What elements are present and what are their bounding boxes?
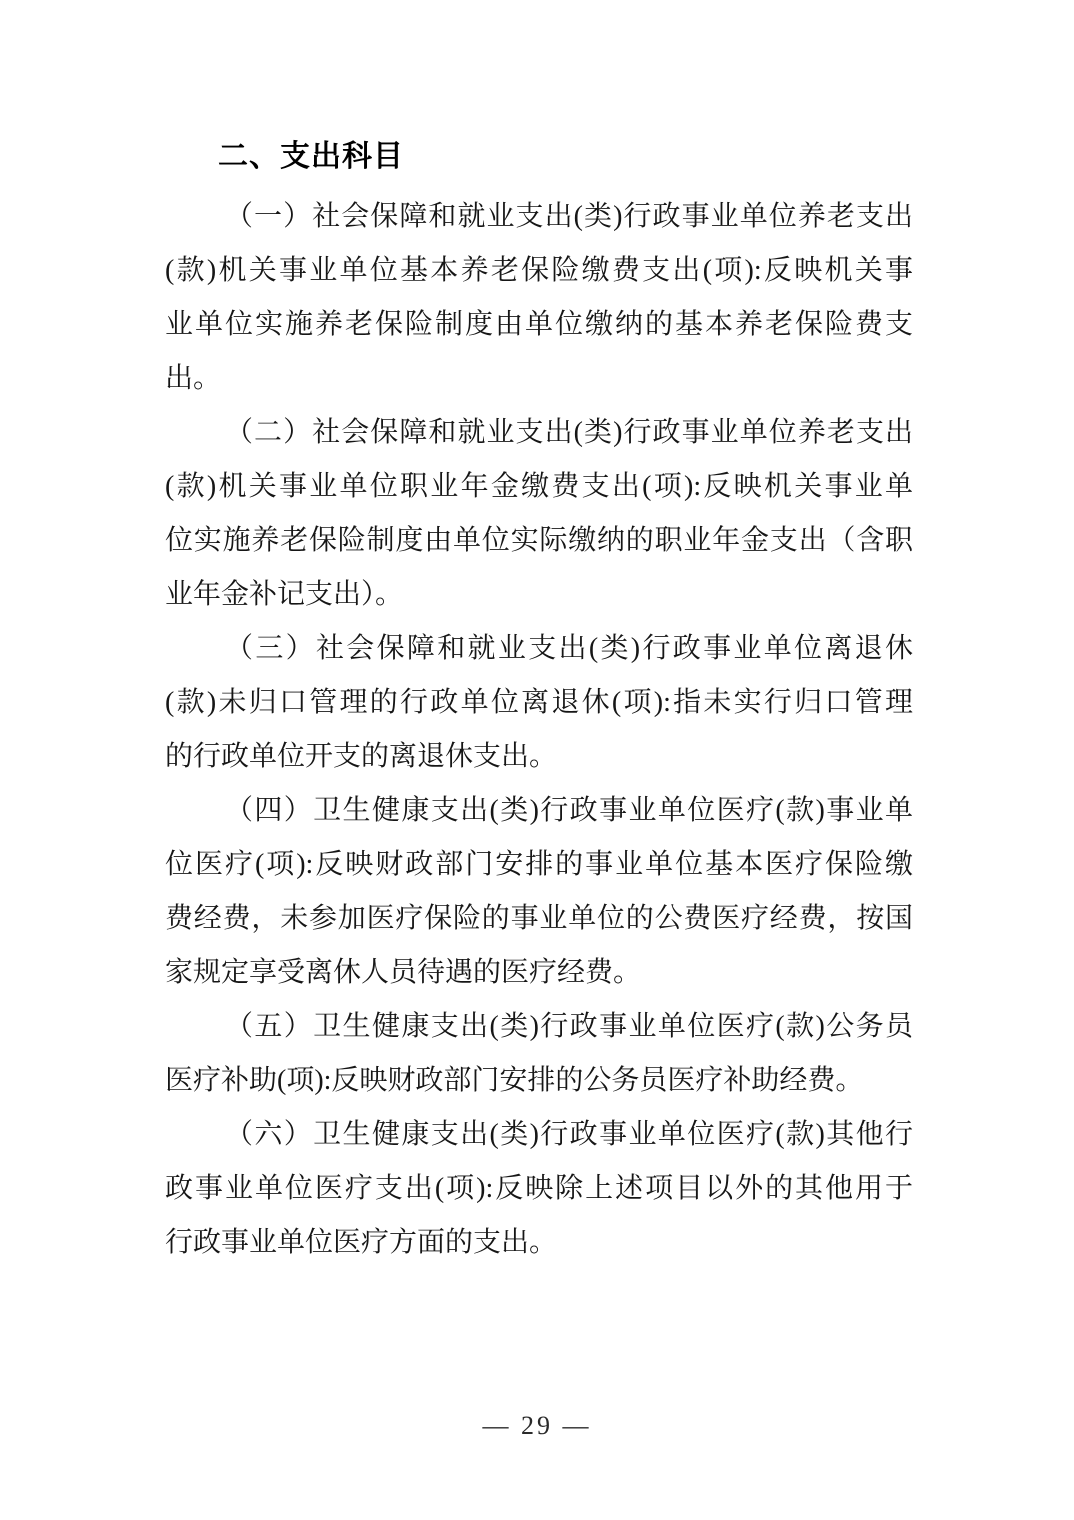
text-line: （一）社会保障和就业支出(类)行政事业单位养老支出 (165, 190, 913, 244)
text-line: （四）卫生健康支出(类)行政事业单位医疗(款)事业单 (165, 784, 913, 838)
text-line: 位医疗(项):反映财政部门安排的事业单位基本医疗保险缴 (165, 838, 913, 892)
page-number: — 29 — (0, 1406, 1074, 1446)
document-body: （一）社会保障和就业支出(类)行政事业单位养老支出 (款)机关事业单位基本养老保… (165, 190, 913, 1270)
paragraph-4: （四）卫生健康支出(类)行政事业单位医疗(款)事业单 位医疗(项):反映财政部门… (165, 784, 913, 1000)
document-page: 二、支出科目 （一）社会保障和就业支出(类)行政事业单位养老支出 (款)机关事业… (0, 0, 1074, 1520)
text-line: 家规定享受离休人员待遇的医疗经费。 (165, 946, 913, 1000)
text-line: （六）卫生健康支出(类)行政事业单位医疗(款)其他行 (165, 1108, 913, 1162)
text-line: 业单位实施养老保险制度由单位缴纳的基本养老保险费支 (165, 298, 913, 352)
text-line: （五）卫生健康支出(类)行政事业单位医疗(款)公务员 (165, 1000, 913, 1054)
text-line: （二）社会保障和就业支出(类)行政事业单位养老支出 (165, 406, 913, 460)
text-line: 政事业单位医疗支出(项):反映除上述项目以外的其他用于 (165, 1162, 913, 1216)
text-line: 业年金补记支出）。 (165, 568, 913, 622)
text-line: (款)未归口管理的行政单位离退休(项):指未实行归口管理 (165, 676, 913, 730)
text-line: 出。 (165, 352, 913, 406)
paragraph-2: （二）社会保障和就业支出(类)行政事业单位养老支出 (款)机关事业单位职业年金缴… (165, 406, 913, 622)
paragraph-5: （五）卫生健康支出(类)行政事业单位医疗(款)公务员 医疗补助(项):反映财政部… (165, 1000, 913, 1108)
text-line: (款)机关事业单位基本养老保险缴费支出(项):反映机关事 (165, 244, 913, 298)
text-line: 医疗补助(项):反映财政部门安排的公务员医疗补助经费。 (165, 1054, 913, 1108)
text-line: (款)机关事业单位职业年金缴费支出(项):反映机关事业单 (165, 460, 913, 514)
text-line: （三）社会保障和就业支出(类)行政事业单位离退休 (165, 622, 913, 676)
section-heading: 二、支出科目 (218, 138, 404, 176)
text-line: 行政事业单位医疗方面的支出。 (165, 1216, 913, 1270)
paragraph-1: （一）社会保障和就业支出(类)行政事业单位养老支出 (款)机关事业单位基本养老保… (165, 190, 913, 406)
paragraph-6: （六）卫生健康支出(类)行政事业单位医疗(款)其他行 政事业单位医疗支出(项):… (165, 1108, 913, 1270)
text-line: 费经费，未参加医疗保险的事业单位的公费医疗经费，按国 (165, 892, 913, 946)
paragraph-3: （三）社会保障和就业支出(类)行政事业单位离退休 (款)未归口管理的行政单位离退… (165, 622, 913, 784)
text-line: 的行政单位开支的离退休支出。 (165, 730, 913, 784)
text-line: 位实施养老保险制度由单位实际缴纳的职业年金支出（含职 (165, 514, 913, 568)
